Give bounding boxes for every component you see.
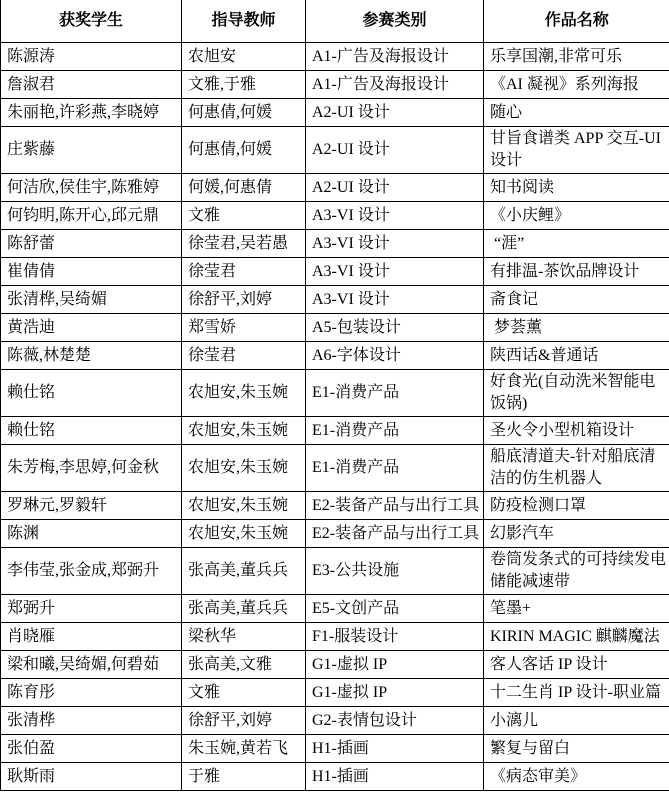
- cell-students: 赖仕铭: [1, 370, 182, 417]
- table-row: 陈薇,林楚楚徐莹君A6-字体设计陕西话&普通话: [1, 342, 669, 370]
- cell-work: 甘旨食谱类 APP 交互-UI 设计: [484, 127, 669, 174]
- table-row: 张伯盈朱玉婉,黄若飞H1-插画繁复与留白: [1, 735, 669, 763]
- cell-work: 《AI 凝视》系列海报: [484, 71, 669, 99]
- cell-teachers: 徐莹君: [182, 342, 306, 370]
- cell-category: A3-VI 设计: [306, 258, 484, 286]
- cell-work: “涯”: [484, 230, 669, 258]
- cell-category: G1-虚拟 IP: [306, 679, 484, 707]
- cell-students: 耿斯雨: [1, 763, 182, 791]
- cell-category: F1-服装设计: [306, 623, 484, 651]
- column-header: 获奖学生: [1, 0, 182, 43]
- cell-category: G2-表情包设计: [306, 707, 484, 735]
- cell-teachers: 徐莹君,吴若愚: [182, 230, 306, 258]
- table-row: 黄浩迪郑雪娇A5-包装设计 梦荟薰: [1, 314, 669, 342]
- cell-teachers: 徐莹君: [182, 258, 306, 286]
- cell-teachers: 文雅: [182, 679, 306, 707]
- cell-category: A1-广告及海报设计: [306, 43, 484, 71]
- cell-teachers: 徐舒平,刘婷: [182, 707, 306, 735]
- cell-work: 《病态审美》: [484, 763, 669, 791]
- cell-teachers: 朱玉婉,黄若飞: [182, 735, 306, 763]
- cell-work: 好食光(自动洗米智能电饭锅): [484, 370, 669, 417]
- cell-work: 繁复与留白: [484, 735, 669, 763]
- table-row: 朱丽艳,许彩燕,李晓婷何惠倩,何媛A2-UI 设计随心: [1, 99, 669, 127]
- cell-teachers: 徐舒平,刘婷: [182, 286, 306, 314]
- cell-students: 郑弼升: [1, 595, 182, 623]
- cell-teachers: 何惠倩,何媛: [182, 127, 306, 174]
- cell-work: 斋食记: [484, 286, 669, 314]
- table-row: 朱芳梅,李思婷,何金秋农旭安,朱玉婉E1-消费产品船底清道夫-针对船底清洁的仿生…: [1, 445, 669, 492]
- table-header: 获奖学生指导教师参赛类别作品名称: [1, 0, 669, 43]
- table-row: 罗琳元,罗毅轩农旭安,朱玉婉E2-装备产品与出行工具防疫检测口罩: [1, 492, 669, 520]
- cell-students: 朱丽艳,许彩燕,李晓婷: [1, 99, 182, 127]
- cell-category: A1-广告及海报设计: [306, 71, 484, 99]
- cell-category: A2-UI 设计: [306, 99, 484, 127]
- table-row: 李伟莹,张金成,郑弼升张高美,董兵兵E3-公共设施卷筒发条式的可持续发电储能减速…: [1, 548, 669, 595]
- cell-students: 张伯盈: [1, 735, 182, 763]
- cell-work: 船底清道夫-针对船底清洁的仿生机器人: [484, 445, 669, 492]
- table-row: 张清桦徐舒平,刘婷G2-表情包设计小漓儿: [1, 707, 669, 735]
- cell-teachers: 农旭安,朱玉婉: [182, 417, 306, 445]
- cell-category: H1-插画: [306, 763, 484, 791]
- column-header: 参赛类别: [306, 0, 484, 43]
- table-row: 赖仕铭农旭安,朱玉婉E1-消费产品好食光(自动洗米智能电饭锅): [1, 370, 669, 417]
- cell-teachers: 何惠倩,何媛: [182, 99, 306, 127]
- table-row: 詹淑君文雅,于雅A1-广告及海报设计《AI 凝视》系列海报: [1, 71, 669, 99]
- cell-category: E5-文创产品: [306, 595, 484, 623]
- header-row: 获奖学生指导教师参赛类别作品名称: [1, 0, 669, 43]
- cell-category: A3-VI 设计: [306, 286, 484, 314]
- cell-students: 陈源涛: [1, 43, 182, 71]
- cell-work: 防疫检测口罩: [484, 492, 669, 520]
- cell-category: H1-插画: [306, 735, 484, 763]
- cell-category: E2-装备产品与出行工具: [306, 492, 484, 520]
- cell-students: 陈育彤: [1, 679, 182, 707]
- cell-category: A3-VI 设计: [306, 202, 484, 230]
- cell-teachers: 文雅,于雅: [182, 71, 306, 99]
- cell-work: 知书阅读: [484, 174, 669, 202]
- cell-teachers: 农旭安,朱玉婉: [182, 370, 306, 417]
- cell-category: E1-消费产品: [306, 370, 484, 417]
- table-row: 陈舒蕾徐莹君,吴若愚A3-VI 设计 “涯”: [1, 230, 669, 258]
- cell-work: 乐享国潮,非常可乐: [484, 43, 669, 71]
- cell-students: 张清桦,吴绮媚: [1, 286, 182, 314]
- cell-students: 李伟莹,张金成,郑弼升: [1, 548, 182, 595]
- cell-work: 有排温-茶饮品牌设计: [484, 258, 669, 286]
- cell-students: 黄浩迪: [1, 314, 182, 342]
- table-row: 肖晓雁梁秋华F1-服装设计KIRIN MAGIC 麒麟魔法: [1, 623, 669, 651]
- cell-work: 笔墨+: [484, 595, 669, 623]
- cell-category: E2-装备产品与出行工具: [306, 520, 484, 548]
- cell-students: 庄紫藤: [1, 127, 182, 174]
- table-row: 耿斯雨于雅H1-插画《病态审美》: [1, 763, 669, 791]
- table-row: 崔倩倩徐莹君A3-VI 设计有排温-茶饮品牌设计: [1, 258, 669, 286]
- cell-work: KIRIN MAGIC 麒麟魔法: [484, 623, 669, 651]
- cell-teachers: 文雅: [182, 202, 306, 230]
- cell-work: 幻影汽车: [484, 520, 669, 548]
- table-row: 庄紫藤何惠倩,何媛A2-UI 设计甘旨食谱类 APP 交互-UI 设计: [1, 127, 669, 174]
- cell-students: 詹淑君: [1, 71, 182, 99]
- cell-students: 肖晓雁: [1, 623, 182, 651]
- cell-category: A2-UI 设计: [306, 127, 484, 174]
- cell-category: A3-VI 设计: [306, 230, 484, 258]
- table-row: 陈育彤文雅G1-虚拟 IP十二生肖 IP 设计-职业篇: [1, 679, 669, 707]
- cell-work: 梦荟薰: [484, 314, 669, 342]
- table-row: 梁和曦,吴绮媚,何碧茹张高美,文雅G1-虚拟 IP客人客话 IP 设计: [1, 651, 669, 679]
- table-row: 张清桦,吴绮媚徐舒平,刘婷A3-VI 设计斋食记: [1, 286, 669, 314]
- table-row: 郑弼升张高美,董兵兵E5-文创产品笔墨+: [1, 595, 669, 623]
- cell-students: 罗琳元,罗毅轩: [1, 492, 182, 520]
- cell-work: 随心: [484, 99, 669, 127]
- cell-teachers: 梁秋华: [182, 623, 306, 651]
- column-header: 作品名称: [484, 0, 669, 43]
- table-row: 赖仕铭农旭安,朱玉婉E1-消费产品圣火令小型机箱设计: [1, 417, 669, 445]
- cell-students: 崔倩倩: [1, 258, 182, 286]
- table-row: 陈渊农旭安,朱玉婉E2-装备产品与出行工具幻影汽车: [1, 520, 669, 548]
- cell-category: G1-虚拟 IP: [306, 651, 484, 679]
- cell-category: A6-字体设计: [306, 342, 484, 370]
- cell-students: 朱芳梅,李思婷,何金秋: [1, 445, 182, 492]
- cell-teachers: 于雅: [182, 763, 306, 791]
- cell-work: 《小庆鲤》: [484, 202, 669, 230]
- cell-work: 卷筒发条式的可持续发电储能减速带: [484, 548, 669, 595]
- cell-students: 梁和曦,吴绮媚,何碧茹: [1, 651, 182, 679]
- cell-students: 赖仕铭: [1, 417, 182, 445]
- table-row: 陈源涛农旭安A1-广告及海报设计乐享国潮,非常可乐: [1, 43, 669, 71]
- cell-work: 十二生肖 IP 设计-职业篇: [484, 679, 669, 707]
- table-row: 何洁欣,侯佳宇,陈雅婷何媛,何惠倩A2-UI 设计知书阅读: [1, 174, 669, 202]
- cell-teachers: 农旭安,朱玉婉: [182, 445, 306, 492]
- cell-students: 陈舒蕾: [1, 230, 182, 258]
- column-header: 指导教师: [182, 0, 306, 43]
- cell-teachers: 农旭安: [182, 43, 306, 71]
- cell-teachers: 张高美,董兵兵: [182, 595, 306, 623]
- cell-work: 陕西话&普通话: [484, 342, 669, 370]
- cell-category: E1-消费产品: [306, 417, 484, 445]
- cell-teachers: 农旭安,朱玉婉: [182, 520, 306, 548]
- cell-students: 何钧明,陈开心,邱元鼎: [1, 202, 182, 230]
- cell-category: E3-公共设施: [306, 548, 484, 595]
- cell-category: E1-消费产品: [306, 445, 484, 492]
- cell-work: 客人客话 IP 设计: [484, 651, 669, 679]
- cell-teachers: 张高美,文雅: [182, 651, 306, 679]
- cell-students: 何洁欣,侯佳宇,陈雅婷: [1, 174, 182, 202]
- awards-table: 获奖学生指导教师参赛类别作品名称 陈源涛农旭安A1-广告及海报设计乐享国潮,非常…: [0, 0, 669, 791]
- cell-work: 圣火令小型机箱设计: [484, 417, 669, 445]
- cell-category: A5-包装设计: [306, 314, 484, 342]
- table-body: 陈源涛农旭安A1-广告及海报设计乐享国潮,非常可乐詹淑君文雅,于雅A1-广告及海…: [1, 43, 669, 791]
- cell-students: 陈渊: [1, 520, 182, 548]
- cell-students: 张清桦: [1, 707, 182, 735]
- cell-teachers: 农旭安,朱玉婉: [182, 492, 306, 520]
- cell-teachers: 张高美,董兵兵: [182, 548, 306, 595]
- cell-teachers: 何媛,何惠倩: [182, 174, 306, 202]
- cell-category: A2-UI 设计: [306, 174, 484, 202]
- table-row: 何钧明,陈开心,邱元鼎文雅A3-VI 设计《小庆鲤》: [1, 202, 669, 230]
- cell-teachers: 郑雪娇: [182, 314, 306, 342]
- cell-work: 小漓儿: [484, 707, 669, 735]
- cell-students: 陈薇,林楚楚: [1, 342, 182, 370]
